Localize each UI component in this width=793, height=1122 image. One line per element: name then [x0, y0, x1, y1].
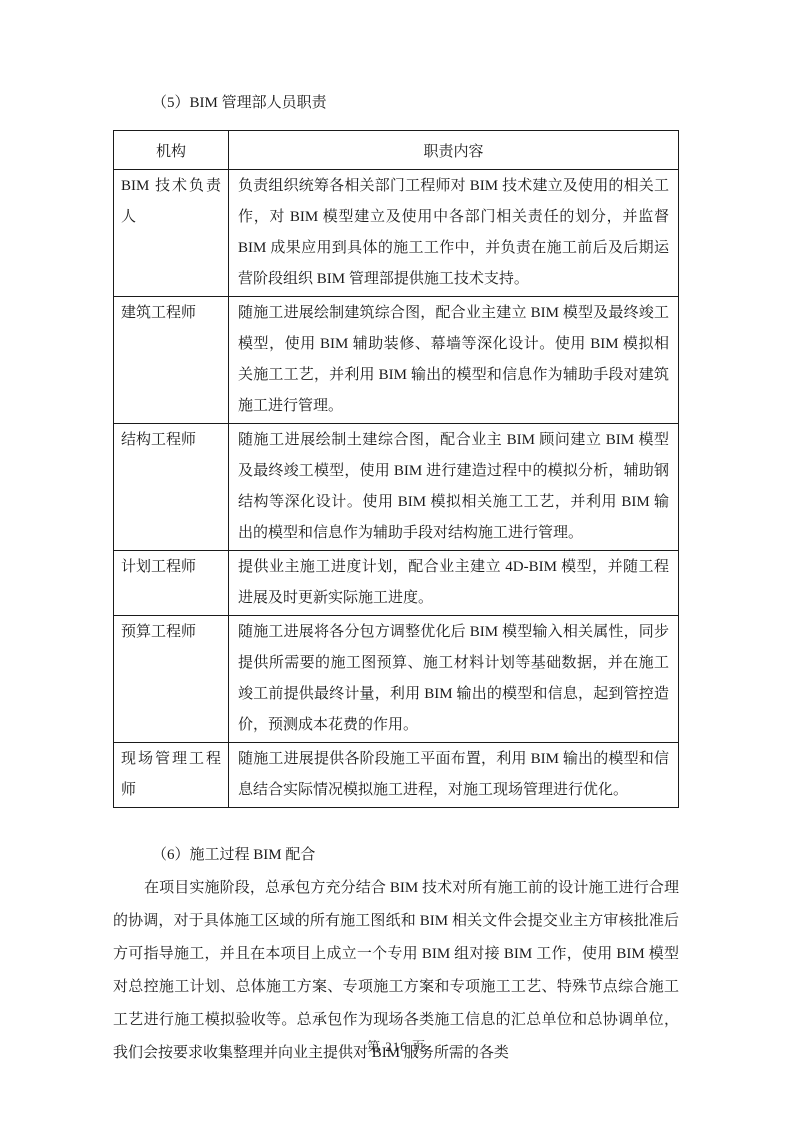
table-header-duty: 职责内容	[229, 131, 679, 170]
org-cell: 建筑工程师	[114, 297, 229, 424]
section-5-heading: （5）BIM 管理部人员职责	[113, 93, 679, 113]
org-cell: 结构工程师	[114, 424, 229, 551]
duty-cell: 随施工进展绘制建筑综合图，配合业主建立 BIM 模型及最终竣工模型，使用 BIM…	[229, 297, 679, 424]
table-row: 计划工程师 提供业主施工进度计划，配合业主建立 4D-BIM 模型，并随工程进展…	[114, 551, 679, 616]
duty-cell: 随施工进展绘制土建综合图，配合业主 BIM 顾问建立 BIM 模型及最终竣工模型…	[229, 424, 679, 551]
duty-cell: 随施工进展将各分包方调整优化后 BIM 模型输入相关属性，同步提供所需要的施工图…	[229, 616, 679, 743]
duty-cell: 随施工进展提供各阶段施工平面布置，利用 BIM 输出的模型和信息结合实际情况模拟…	[229, 743, 679, 808]
section-6-heading: （6）施工过程 BIM 配合	[113, 844, 679, 866]
document-page: （5）BIM 管理部人员职责 机构 职责内容 BIM 技术负责人 负责组织统筹各…	[0, 0, 793, 1122]
page-content: （5）BIM 管理部人员职责 机构 职责内容 BIM 技术负责人 负责组织统筹各…	[113, 0, 679, 1070]
org-cell: 预算工程师	[114, 616, 229, 743]
org-cell: 现场管理工程师	[114, 743, 229, 808]
table-header-row: 机构 职责内容	[114, 131, 679, 170]
org-cell: BIM 技术负责人	[114, 170, 229, 297]
table-row: 现场管理工程师 随施工进展提供各阶段施工平面布置，利用 BIM 输出的模型和信息…	[114, 743, 679, 808]
org-cell: 计划工程师	[114, 551, 229, 616]
duty-cell: 负责组织统筹各相关部门工程师对 BIM 技术建立及使用的相关工作，对 BIM 模…	[229, 170, 679, 297]
table-row: 建筑工程师 随施工进展绘制建筑综合图，配合业主建立 BIM 模型及最终竣工模型，…	[114, 297, 679, 424]
duties-table: 机构 职责内容 BIM 技术负责人 负责组织统筹各相关部门工程师对 BIM 技术…	[113, 130, 679, 808]
table-row: 预算工程师 随施工进展将各分包方调整优化后 BIM 模型输入相关属性，同步提供所…	[114, 616, 679, 743]
page-number: 第 216 页	[0, 1036, 793, 1055]
table-header-org: 机构	[114, 131, 229, 170]
table-row: 结构工程师 随施工进展绘制土建综合图，配合业主 BIM 顾问建立 BIM 模型及…	[114, 424, 679, 551]
duty-cell: 提供业主施工进度计划，配合业主建立 4D-BIM 模型，并随工程进展及时更新实际…	[229, 551, 679, 616]
table-row: BIM 技术负责人 负责组织统筹各相关部门工程师对 BIM 技术建立及使用的相关…	[114, 170, 679, 297]
